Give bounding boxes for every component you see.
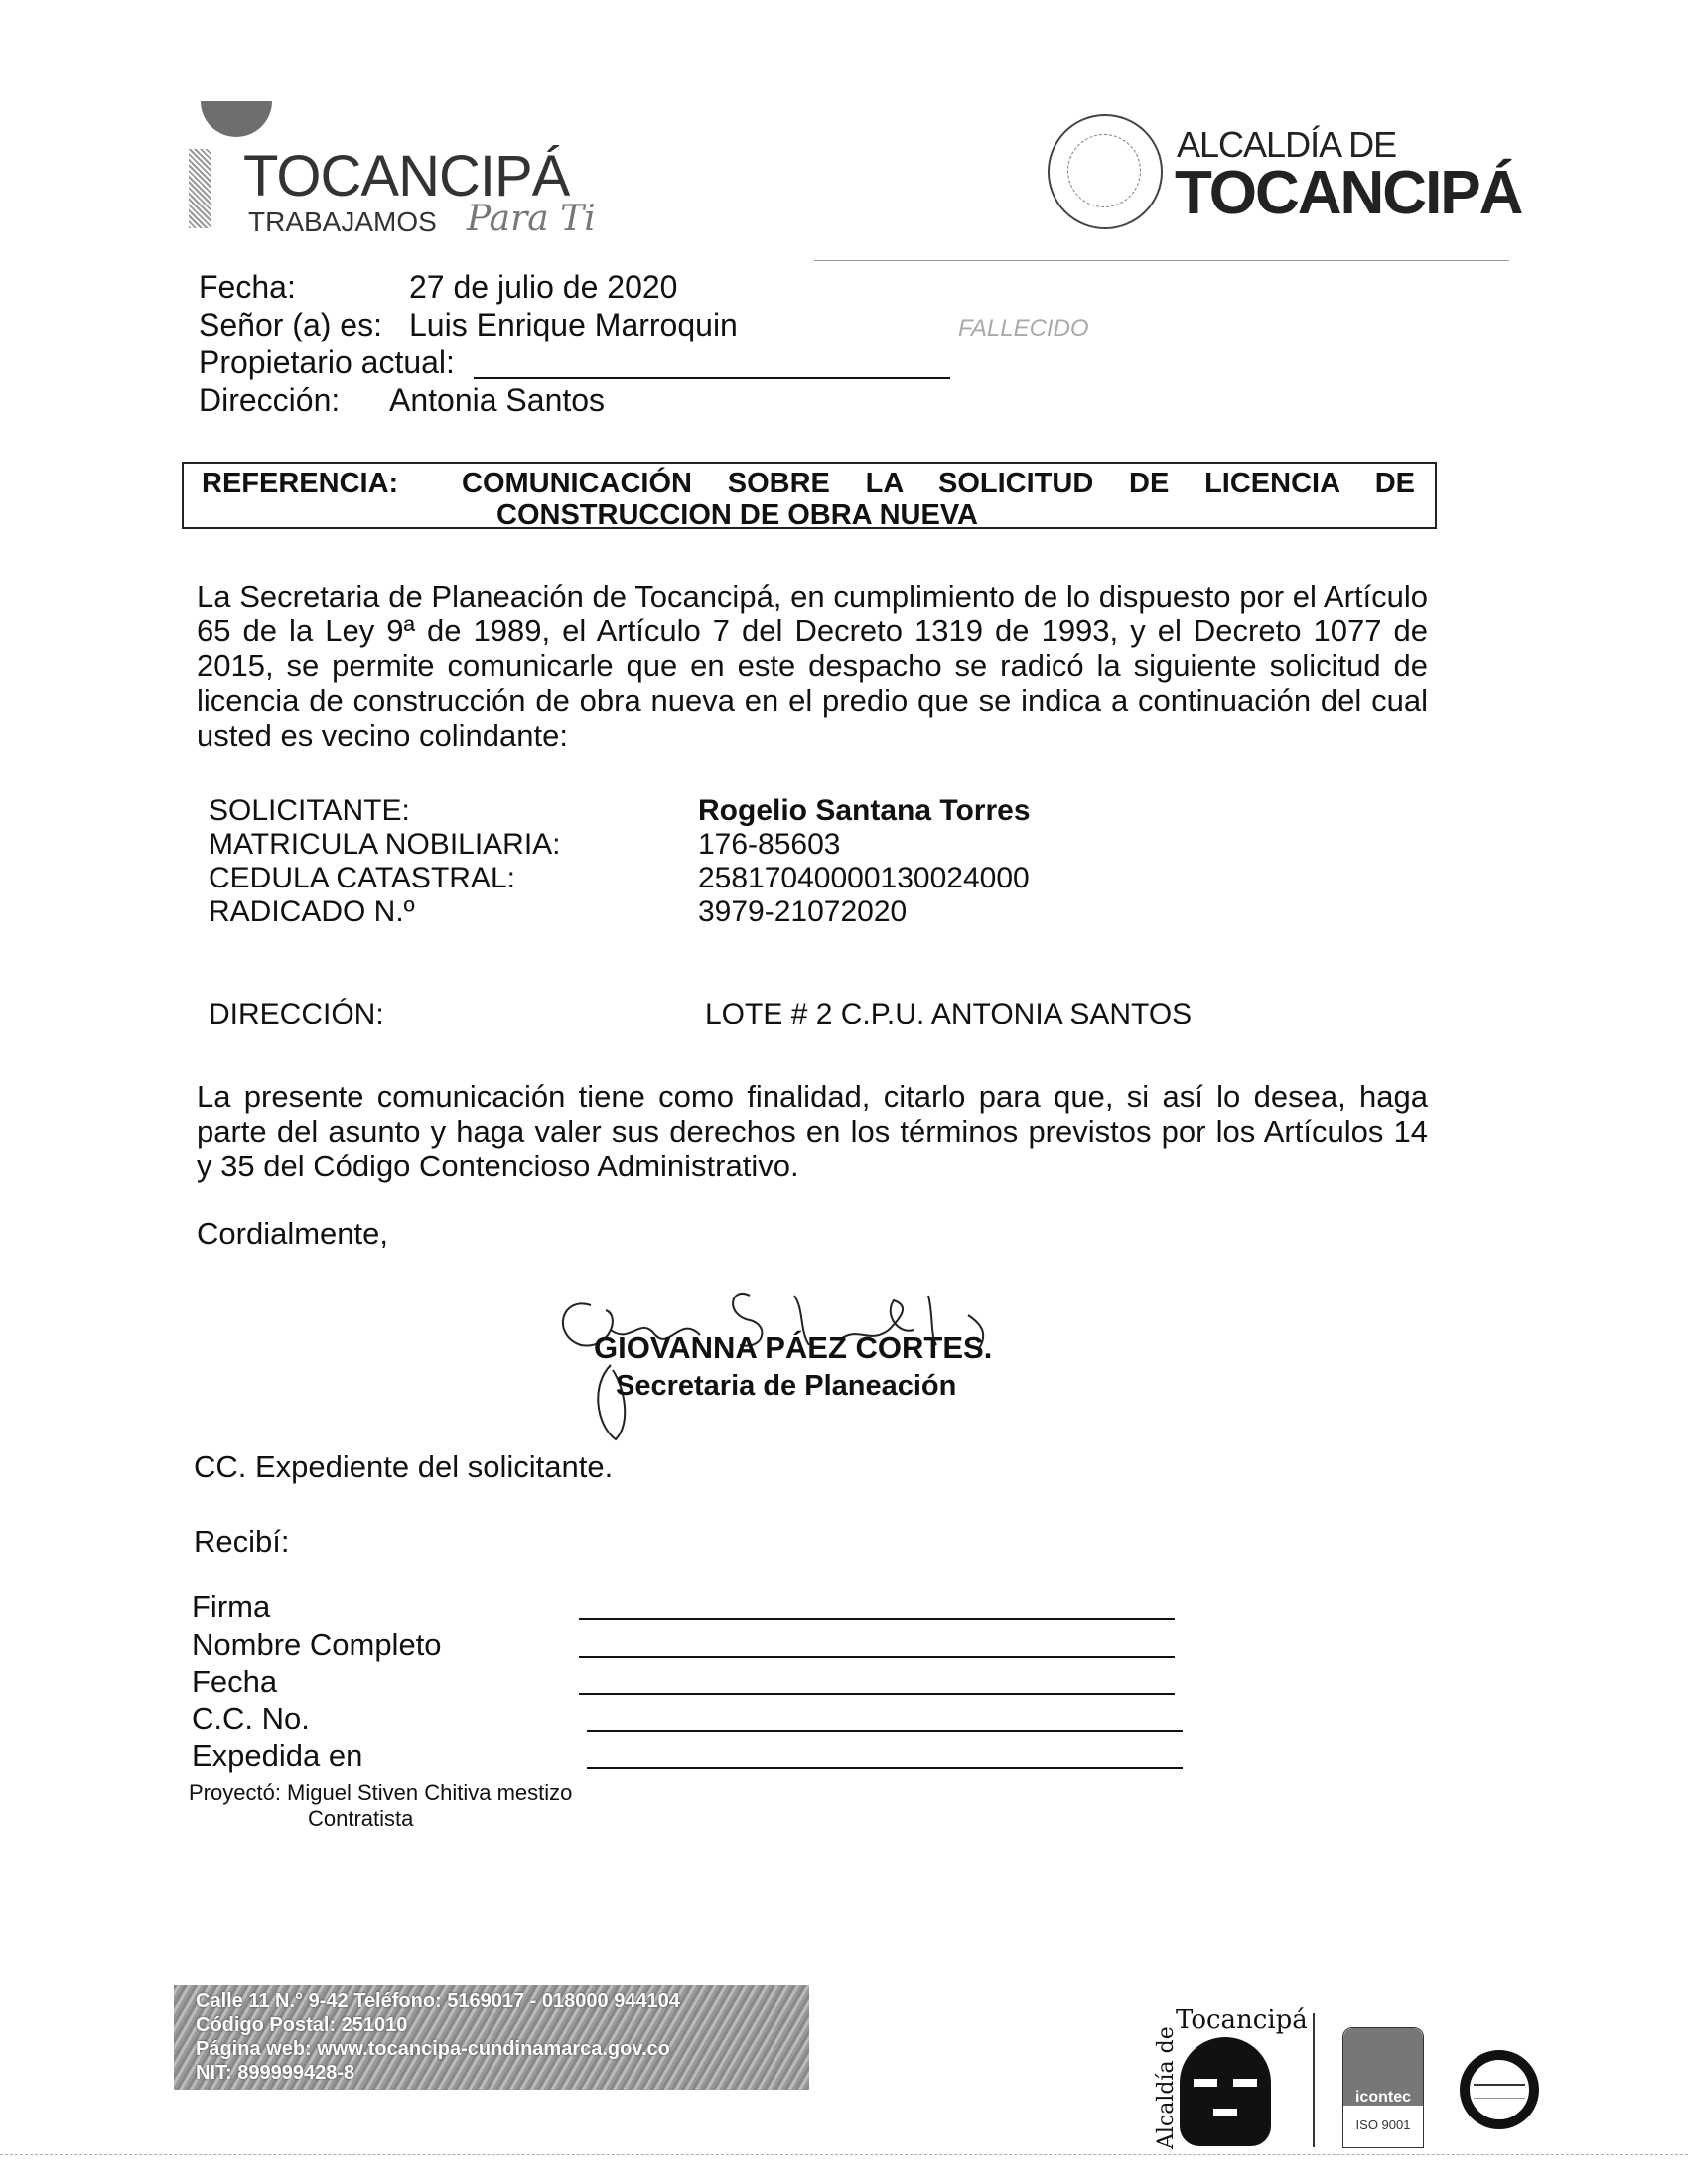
detail-label: MATRICULA NOBILIARIA: — [209, 828, 561, 862]
reference-label: REFERENCIA: — [202, 468, 398, 500]
footer-website: Página web: www.tocancipa-cundinamarca.g… — [196, 2037, 680, 2061]
detail-value: 3979-21072020 — [698, 895, 907, 929]
footer-postal: Código Postal: 251010 — [196, 2013, 680, 2037]
body-paragraph-1: La Secretaria de Planeación de Tocancipá… — [197, 579, 1428, 752]
receipt-field-firma: Firma — [192, 1588, 442, 1626]
prepared-by-role: Contratista — [189, 1806, 572, 1832]
signatory-title: Secretaria de Planeación — [616, 1370, 956, 1403]
receipt-field-label: C.C. No. — [192, 1702, 310, 1736]
receipt-field-line — [587, 1730, 1183, 1732]
detail-value: Rogelio Santana Torres — [698, 794, 1031, 828]
body-paragraph-2: La presente comunicación tiene como fina… — [197, 1079, 1428, 1183]
alcaldia-logo: ALCALDÍA DE TOCANCIPÁ — [1048, 114, 1504, 233]
brand-tagline: TRABAJAMOS — [248, 206, 437, 238]
detail-value: 176-85603 — [698, 828, 840, 862]
detail-label: RADICADO N.º — [209, 895, 415, 929]
fecha-label: Fecha: — [199, 268, 296, 306]
senor-value: Luis Enrique Marroquin — [409, 306, 738, 343]
predio-direccion-value: LOTE # 2 C.P.U. ANTONIA SANTOS — [705, 998, 1192, 1031]
header-divider — [814, 260, 1509, 261]
predio-direccion-label: DIRECCIÓN: — [209, 998, 384, 1030]
receipt-field-nombre: Nombre Completo — [192, 1626, 442, 1664]
alcaldia-name: TOCANCIPÁ — [1175, 158, 1521, 228]
footer-tocancipa-name: Tocancipá — [1176, 2005, 1308, 2035]
footer-contact-text: Calle 11 N.° 9-42 Teléfono: 5169017 - 01… — [196, 1989, 680, 2085]
cc-note: CC. Expediente del solicitante. — [194, 1449, 613, 1485]
iso-label: ISO 9001 — [1343, 2106, 1423, 2132]
icontec-badge-icon: icontec ISO 9001 — [1342, 2027, 1424, 2148]
detail-label: CEDULA CATASTRAL: — [209, 862, 515, 895]
receipt-field-label: Nombre Completo — [192, 1627, 442, 1662]
receipt-field-line — [579, 1693, 1175, 1695]
reference-line-2: CONSTRUCCION DE OBRA NUEVA — [496, 499, 978, 532]
propietario-label: Propietario actual: — [199, 343, 455, 381]
fecha-value: 27 de julio de 2020 — [409, 268, 677, 306]
footer-alcaldia-vertical: Alcaldía de — [1154, 2026, 1179, 2149]
indigenous-mask-icon — [1180, 2037, 1271, 2146]
senor-label: Señor (a) es: — [199, 306, 382, 343]
certified-management-system-icon — [1460, 2050, 1539, 2129]
receipt-field-label: Fecha — [192, 1664, 277, 1699]
prepared-by-name: Proyectó: Miguel Stiven Chitiva mestizo — [189, 1780, 572, 1806]
signatory-name: GIOVANNA PÁEZ CORTES. — [594, 1330, 992, 1366]
direccion-label: Dirección: — [199, 381, 340, 419]
propietario-blank-line — [474, 377, 950, 379]
logo-figure-icon — [189, 149, 211, 228]
prepared-by: Proyectó: Miguel Stiven Chitiva mestizo … — [189, 1780, 572, 1832]
received-label: Recibí: — [194, 1524, 289, 1560]
receipt-field-cc: C.C. No. — [192, 1701, 442, 1738]
bowl-icon — [201, 101, 272, 137]
receipt-field-expedida: Expedida en — [192, 1737, 442, 1775]
footer-logos: Alcaldía de Tocancipá icontec ISO 9001 — [1162, 2005, 1559, 2149]
detail-label: SOLICITANTE: — [209, 794, 410, 828]
reference-line-1: COMUNICACIÓN SOBRE LA SOLICITUD DE LICEN… — [462, 468, 1415, 500]
footer-contact-band: Calle 11 N.° 9-42 Teléfono: 5169017 - 01… — [174, 1985, 809, 2090]
receipt-field-line — [579, 1618, 1175, 1620]
direccion-value: Antonia Santos — [389, 381, 605, 419]
municipal-seal-icon — [1048, 114, 1163, 229]
footer-separator — [1313, 2013, 1315, 2147]
predio-direccion-row: DIRECCIÓN: LOTE # 2 C.P.U. ANTONIA SANTO… — [209, 998, 384, 1031]
receipt-field-label: Expedida en — [192, 1738, 362, 1773]
footer-scan-line — [0, 2154, 1688, 2155]
footer-nit: NIT: 899999428-8 — [196, 2061, 680, 2085]
icontec-label: icontec — [1343, 2028, 1423, 2106]
footer-address: Calle 11 N.° 9-42 Teléfono: 5169017 - 01… — [196, 1989, 680, 2013]
receipt-field-line — [579, 1656, 1175, 1658]
tocancipa-brand-logo: TOCANCIPÁ TRABAJAMOS Para Ti — [189, 99, 606, 248]
receipt-field-fecha: Fecha — [192, 1663, 442, 1701]
brand-tagline-script: Para Ti — [467, 199, 596, 239]
detail-value: 258170400001300240​00 — [698, 862, 1030, 895]
receipt-form: Firma Nombre Completo Fecha C.C. No. Exp… — [192, 1588, 442, 1775]
reference-box: REFERENCIA: COMUNICACIÓN SOBRE LA SOLICI… — [182, 462, 1437, 529]
closing-salutation: Cordialmente, — [197, 1216, 388, 1252]
handwritten-note: FALLECIDO — [958, 310, 1089, 347]
receipt-field-label: Firma — [192, 1589, 270, 1624]
receipt-field-line — [587, 1767, 1183, 1769]
